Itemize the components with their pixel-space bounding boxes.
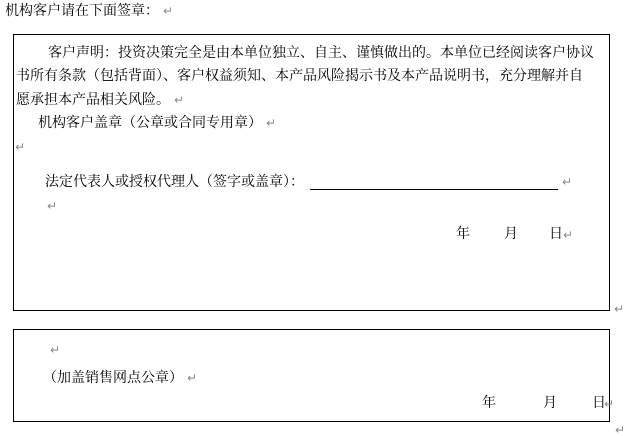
declaration-line: 书所有条款（包括背面）、客户权益须知、本产品风险揭示书及本产品说明书，充分理解并… <box>16 69 583 84</box>
document-page: 机构客户请在下面签章：↵ 客户声明：投资决策完全是由本单位独立、自主、谨慎做出的… <box>0 0 625 436</box>
declaration-line: 愿承担本产品相关风险。↵ <box>16 93 184 108</box>
paragraph-mark-icon: ↵ <box>187 371 197 385</box>
paragraph-mark-icon: ↵ <box>563 228 573 243</box>
sales-seal-instruction: （加盖销售网点公章）↵ <box>43 371 197 386</box>
date-year-label: 年 <box>456 227 470 242</box>
date-month-label: 月 <box>504 227 518 242</box>
paragraph-mark-icon: ↵ <box>562 175 572 190</box>
signer-line: 法定代表人或授权代理人（签字或盖章）： ↵ <box>45 175 572 190</box>
signer-label: 法定代表人或授权代理人（签字或盖章）： <box>45 175 304 190</box>
paragraph-mark-icon: ↵ <box>47 199 57 214</box>
paragraph-mark-icon: ↵ <box>174 93 184 107</box>
declaration-line: 客户声明：投资决策完全是由本单位独立、自主、谨慎做出的。本单位已经阅读客户协议 <box>48 46 594 61</box>
intro-line-text: 机构客户请在下面签章： <box>5 4 159 19</box>
paragraph-mark-icon: ↵ <box>15 140 25 155</box>
paragraph-mark-icon: ↵ <box>615 423 625 436</box>
date-day-label: 日 <box>549 227 563 242</box>
signature-blank-line <box>310 176 558 190</box>
paragraph-mark-icon: ↵ <box>604 397 614 412</box>
intro-line: 机构客户请在下面签章：↵ <box>5 4 173 19</box>
paragraph-mark-icon: ↵ <box>163 4 173 18</box>
paragraph-mark-icon: ↵ <box>50 343 60 358</box>
institution-seal-instruction: 机构客户盖章（公章或合同专用章）↵ <box>38 116 276 131</box>
paragraph-mark-icon: ↵ <box>614 302 624 317</box>
date-month-label: 月 <box>543 396 557 411</box>
paragraph-mark-icon: ↵ <box>266 116 276 130</box>
date-year-label: 年 <box>482 396 496 411</box>
